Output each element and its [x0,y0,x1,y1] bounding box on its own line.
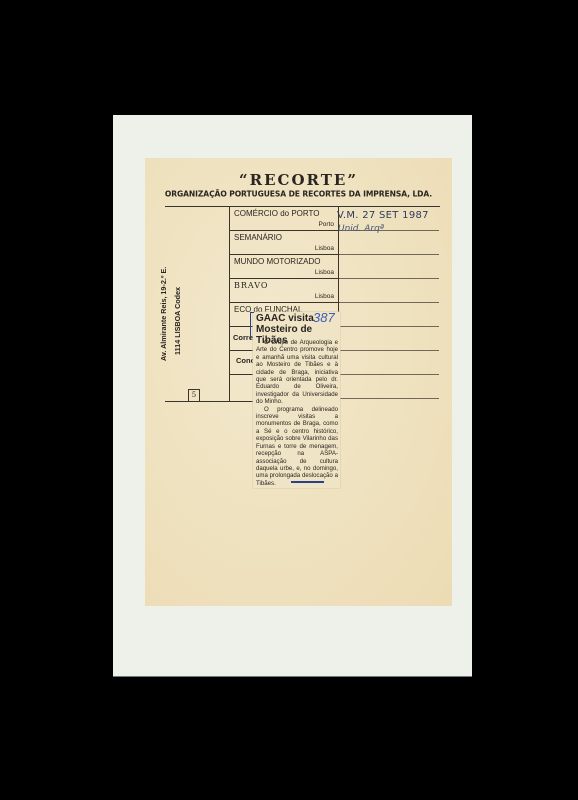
handwritten-clip-number: 387 [313,310,335,325]
publication-row: SEMANÁRIO Lisboa [230,230,338,254]
card-subtitle: ORGANIZAÇÃO PORTUGUESA DE RECORTES DA IM… [145,189,452,199]
partial-publication-label: Conc [236,356,255,365]
publication-name: MUNDO MOTORIZADO [234,257,321,266]
note-line [339,398,439,399]
note-line [339,326,439,327]
publication-city: Lisboa [315,245,334,252]
pen-underline-mark [291,481,324,483]
note-line [339,302,439,303]
footer-rule [165,401,255,402]
newspaper-clipping: GAAC visita Mosteiro de Tibães 387 O Gru… [253,312,340,488]
clipping-card: “RECORTE” ORGANIZAÇÃO PORTUGUESA DE RECO… [145,158,452,606]
publication-city: Porto [318,221,334,228]
publication-row: BRAVO Lisboa [230,278,338,302]
clipping-paragraph: O Grupo de Arqueologia e Arte do Centro … [256,339,338,406]
address-block: Av. Almirante Reis, 19-2.º E. 1114 LISBO… [159,243,219,393]
handwritten-unit: Unid. Arqª [338,224,384,234]
publication-row: COMÉRCIO do PORTO Porto [230,206,338,230]
note-line [339,254,439,255]
note-line [339,374,439,375]
publication-name: SEMANÁRIO [234,233,282,242]
clipping-paragraph: O programa delineado inscreve visitas a … [256,406,338,487]
publication-row: MUNDO MOTORIZADO Lisboa [230,254,338,278]
note-line [339,278,439,279]
card-title: “RECORTE” [145,171,452,189]
clipping-body: O Grupo de Arqueologia e Arte do Centro … [256,339,338,487]
address-street: Av. Almirante Reis, 19-2.º E. [159,267,168,361]
publication-city: Lisboa [315,269,334,276]
note-line [339,350,439,351]
publication-name: COMÉRCIO do PORTO [234,209,320,218]
row-divider [229,350,254,351]
handwritten-source-date: V.M. 27 SET 1987 [337,210,429,221]
publication-name: BRAVO [234,281,268,290]
pen-bracket-mark [250,312,254,339]
address-city: 1114 LISBOA Codex [173,287,182,355]
publication-city: Lisboa [315,293,334,300]
card-number: 5 [188,389,200,402]
row-divider [229,374,254,375]
